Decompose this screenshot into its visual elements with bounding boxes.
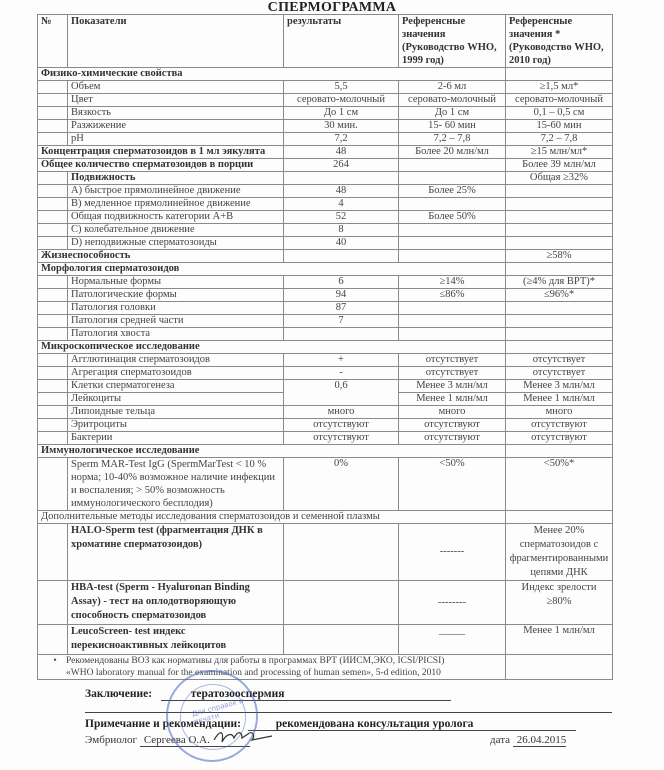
section-immunology: Иммунологическое исследование	[38, 445, 630, 458]
header-ref-1999: Референсные значения (Руководство WHO, 1…	[399, 15, 506, 68]
table-row: Общая подвижность категории A+B52Более 5…	[38, 211, 630, 224]
table-row: pH7,27,2 – 7,87,2 – 7,8	[38, 133, 630, 146]
section-additional: Дополнительные методы исследования сперм…	[38, 511, 630, 524]
recommendation-label: Примечание и рекомендации:	[85, 718, 241, 730]
footnote-line-2: «WHO laboratory manual for the examinati…	[66, 668, 441, 678]
stamp-seal-icon: Для справок и печати	[166, 670, 258, 762]
table-row: Патология головки87	[38, 302, 630, 315]
blank-line	[85, 712, 612, 713]
header-num: №	[38, 15, 68, 68]
table-row: Разжижение30 мин.15- 60 мин15-60 мин	[38, 120, 630, 133]
table-row: Эритроцитыотсутствуютотсутствуютотсутств…	[38, 419, 630, 432]
conclusion-value: тератозооспермия	[161, 688, 451, 701]
bullet-icon: •	[44, 655, 66, 667]
row-motility-header: Подвижность Общая ≥32%	[38, 172, 630, 185]
table-row: Агрегация сперматозоидов-отсутствуетотсу…	[38, 367, 630, 380]
table-row: Патология хвоста	[38, 328, 630, 341]
table-row: Патология средней части7	[38, 315, 630, 328]
embryologist-label: Эмбриолог	[85, 734, 137, 746]
section-microscopy: Микроскопическое исследование	[38, 341, 630, 354]
table-row: A) быстрое прямолинейное движение48Более…	[38, 185, 630, 198]
header-result: результаты	[284, 15, 399, 68]
table-row: ВязкостьДо 1 смДо 1 см0,1 – 0,5 см	[38, 107, 630, 120]
row-halo-sperm: HALO-Sperm test (фрагментация ДНК в хром…	[38, 524, 630, 581]
table-row: C) колебательное движение8	[38, 224, 630, 237]
table-row: Агглютинация сперматозоидов+отсутствуето…	[38, 354, 630, 367]
table-row: Цветсеровато-молочныйсеровато-молочныйсе…	[38, 94, 630, 107]
header-name: Показатели	[68, 15, 284, 68]
table-row: Нормальные формы6≥14%(≥4% для ВРТ)*	[38, 276, 630, 289]
row-hba-test: HBA-test (Sperm - Hyaluronan Binding Ass…	[38, 581, 630, 625]
table-row: Клетки сперматогенеза0,6Менее 3 млн/млМе…	[38, 380, 630, 393]
table-row: Объем5,52-6 мл≥1,5 мл*	[38, 81, 630, 94]
row-vitality: Жизнеспособность ≥58%	[38, 250, 630, 263]
table-row: D) неподвижные сперматозоиды40	[38, 237, 630, 250]
row-mar-test: Sperm MAR-Test IgG (SpermMarTest < 10 % …	[38, 458, 630, 511]
row-leucoscreen: LeucoScreen- test индекс перекисноактивн…	[38, 625, 630, 655]
section-physchem: Физико-химические свойства	[38, 68, 630, 81]
table-row: Патологические формы94≤86%≤96%*	[38, 289, 630, 302]
footnote-line-1: Рекомендованы ВОЗ как нормативы для рабо…	[66, 656, 444, 666]
section-morphology: Морфология сперматозоидов	[38, 263, 630, 276]
conclusion-label: Заключение:	[85, 688, 152, 700]
date-label: дата	[490, 734, 510, 746]
signature-icon	[212, 726, 282, 746]
table-header-row: № Показатели результаты Референсные знач…	[38, 15, 630, 68]
footnote-row: •Рекомендованы ВОЗ как нормативы для раб…	[38, 655, 630, 680]
row-total-count: Общее количество сперматозоидов в порции…	[38, 159, 630, 172]
spermogram-table: № Показатели результаты Референсные знач…	[37, 14, 629, 680]
section-title: Физико-химические свойства	[38, 68, 506, 81]
table-row: Бактерииотсутствуютотсутствуютотсутствую…	[38, 432, 630, 445]
header-ref-2010: Референсные значения * (Руководство WHO,…	[506, 15, 613, 68]
date-value: 26.04.2015	[513, 734, 567, 747]
table-row: B) медленное прямолинейное движение4	[38, 198, 630, 211]
table-row: Липоидные тельцамногомногомного	[38, 406, 630, 419]
embryologist-name: Сергеева О.А.	[140, 734, 250, 747]
stamp-text: Для справок и печати	[191, 694, 257, 726]
recommendation-value: рекомендована консультация уролога	[248, 718, 576, 731]
row-concentration: Концентрация сперматозоидов в 1 мл эякул…	[38, 146, 630, 159]
